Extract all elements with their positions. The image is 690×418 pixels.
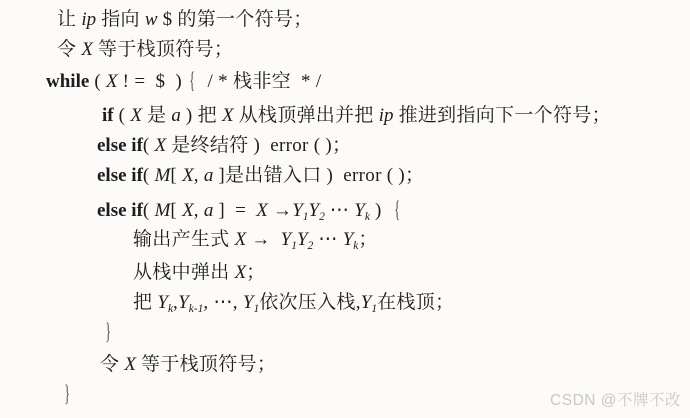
text: , [194,165,204,186]
text: ( [143,135,155,156]
variable-y: Y [297,229,308,250]
ellipsis: ⋯ [325,200,354,221]
variable-a: a [204,200,214,221]
variable-x: X [81,39,93,60]
scanned-pseudocode-page: 让 ip 指向 w $ 的第一个符号； 令 X 等于栈顶符号； while ( … [0,0,690,418]
variable-y: Y [309,200,320,221]
code-line-init-ip: 让 ip 指向 w $ 的第一个符号； [57,8,313,32]
text: 在栈顶； [377,292,454,313]
arrow: → [246,229,280,250]
text: 是 [142,105,171,126]
keyword-else-if: else if [97,165,143,186]
code-line-set-x-top: 令 X 等于栈顶符号； [100,353,276,377]
text: 令 [100,354,124,375]
variable-x: X [182,200,194,221]
code-line-pop-x: 从栈中弹出 X； [133,261,265,285]
ellipsis: ⋯ [313,229,342,250]
variable-x: X [256,200,268,221]
variable-x: X [106,71,118,92]
text: $ 的第一个符号； [158,9,313,30]
text: ( [89,71,106,92]
text: ! = $ ) [118,71,187,92]
text: 让 [57,9,81,30]
code-line-if-terminal-match: if ( X 是 a ) 把 X 从栈顶弹出并把 ip 推进到指向下一个符号； [102,104,611,128]
variable-x: X [155,135,167,156]
code-line-while: while ( X ! = $ ) { / * 栈非空 * / [46,68,321,94]
variable-y: Y [157,292,168,313]
subscript-k-minus-1: k-1 [189,303,204,315]
variable-x: X [235,229,247,250]
text: ； [246,262,265,283]
text: ] = [213,200,256,221]
code-line-elseif-terminal-error: else if( X 是终结符 ) error ( )； [97,134,351,158]
keyword-else-if: else if [97,135,143,156]
keyword-if: if [102,105,114,126]
variable-a: a [171,105,181,126]
code-line-output-production: 输出产生式 X → Y1Y2 ⋯ Yk； [133,228,378,258]
code-line-init-x: 令 X 等于栈顶符号； [57,38,233,62]
text: 指向 [96,9,145,30]
close-brace: } [64,380,70,407]
code-line-outer-close-brace: } [62,381,72,405]
variable-x: X [222,105,234,126]
variable-y: Y [343,229,354,250]
pseudocode-block: 让 ip 指向 w $ 的第一个符号； 令 X 等于栈顶符号； while ( … [0,0,690,418]
code-line-elseif-table-error: else if( M[ X, a ]是出错入口 ) error ( )； [97,164,424,188]
code-line-elseif-production: else if( M[ X, a ] = X →Y1Y2 ⋯ Yk ) { [97,197,402,229]
text: 推进到指向下一个符号； [394,105,611,126]
keyword-while: while [46,71,89,92]
text: 从栈中弹出 [133,262,235,283]
keyword-else-if: else if [97,200,143,221]
close-brace: } [105,318,111,345]
variable-x: X [235,262,247,283]
variable-x: X [124,354,136,375]
text: ； [358,229,377,250]
text: 令 [57,39,81,60]
text: ) 把 [181,105,222,126]
variable-ip: ip [81,9,96,30]
text: ( [143,165,155,186]
text: 输出产生式 [133,229,235,250]
code-line-inner-close-brace: } [103,319,113,343]
arrow: → [268,200,292,221]
variable-m: M [155,200,171,221]
open-brace: { [189,67,195,94]
variable-y: Y [281,229,292,250]
text: 依次压入栈, [259,292,361,313]
variable-y: Y [243,292,254,313]
text: 等于栈顶符号； [136,354,276,375]
variable-x: X [130,105,142,126]
variable-y: Y [292,200,303,221]
text: [ [170,200,182,221]
text: 把 [133,292,157,313]
text: 是终结符 ) error ( )； [166,135,351,156]
variable-m: M [155,165,171,186]
text: 等于栈顶符号； [93,39,233,60]
text: ) [370,200,392,221]
variable-a: a [204,165,214,186]
comment-stack-not-empty: / * 栈非空 * / [197,71,321,92]
variable-y: Y [178,292,189,313]
csdn-watermark: CSDN @不牌不改 [550,388,681,410]
variable-ip: ip [379,105,394,126]
variable-y: Y [354,200,365,221]
variable-w: w [145,9,158,30]
text: 从栈顶弹出并把 [234,105,379,126]
open-brace: { [394,196,400,223]
text: ]是出错入口 ) error ( )； [213,165,424,186]
variable-y: Y [361,292,372,313]
ellipsis: , ⋯, [203,292,243,313]
text: [ [170,165,182,186]
code-line-push-symbols: 把 Yk,Yk-1, ⋯, Y1依次压入栈,Y1在栈顶； [133,291,454,321]
text: ( [143,200,155,221]
text: , [194,200,204,221]
text: ( [114,105,131,126]
variable-x: X [182,165,194,186]
